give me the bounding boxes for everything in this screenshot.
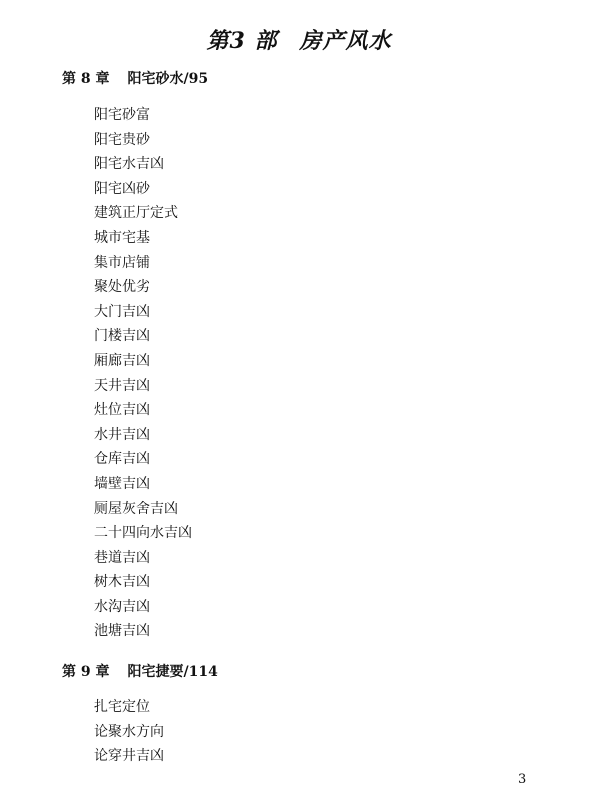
toc-item: 阳宅凶砂 bbox=[94, 177, 192, 202]
part-name: 房产风水 bbox=[299, 28, 391, 54]
toc-item: 天井吉凶 bbox=[94, 374, 192, 399]
chapter-number: 第 8 章 bbox=[62, 71, 110, 87]
chapter-number: 第 9 章 bbox=[62, 664, 110, 680]
toc-item: 水井吉凶 bbox=[94, 423, 192, 448]
toc-item: 巷道吉凶 bbox=[94, 546, 192, 571]
toc-item: 灶位吉凶 bbox=[94, 398, 192, 423]
chapter-8-item-list: 阳宅砂富 阳宅贵砂 阳宅水吉凶 阳宅凶砂 建筑正厅定式 城市宅基 集市店铺 聚处… bbox=[94, 103, 192, 644]
toc-item: 水沟吉凶 bbox=[94, 595, 192, 620]
toc-item: 建筑正厅定式 bbox=[94, 201, 192, 226]
toc-item: 仓库吉凶 bbox=[94, 447, 192, 472]
toc-item: 墙壁吉凶 bbox=[94, 472, 192, 497]
toc-item: 树木吉凶 bbox=[94, 570, 192, 595]
toc-item: 大门吉凶 bbox=[94, 300, 192, 325]
toc-item: 阳宅贵砂 bbox=[94, 128, 192, 153]
chapter-title: 阳宅砂水/95 bbox=[128, 71, 209, 87]
toc-item: 论穿井吉凶 bbox=[94, 744, 164, 769]
toc-item: 阳宅砂富 bbox=[94, 103, 192, 128]
toc-item: 城市宅基 bbox=[94, 226, 192, 251]
toc-item: 集市店铺 bbox=[94, 251, 192, 276]
toc-item: 二十四向水吉凶 bbox=[94, 521, 192, 546]
toc-item: 聚处优劣 bbox=[94, 275, 192, 300]
toc-item: 厕屋灰舍吉凶 bbox=[94, 497, 192, 522]
toc-item: 池塘吉凶 bbox=[94, 619, 192, 644]
chapter-9-item-list: 扎宅定位 论聚水方向 论穿井吉凶 bbox=[94, 695, 164, 769]
toc-item: 门楼吉凶 bbox=[94, 324, 192, 349]
toc-item: 扎宅定位 bbox=[94, 695, 164, 720]
chapter-heading: 第 8 章阳宅砂水/95 bbox=[62, 68, 208, 88]
part-number: 第3 部 bbox=[207, 28, 278, 54]
chapter-title: 阳宅捷要/114 bbox=[128, 664, 218, 680]
toc-item: 厢廊吉凶 bbox=[94, 349, 192, 374]
toc-item: 阳宅水吉凶 bbox=[94, 152, 192, 177]
part-title: 第3 部房产风水 bbox=[0, 24, 598, 55]
toc-item: 论聚水方向 bbox=[94, 720, 164, 745]
page-number: 3 bbox=[518, 772, 526, 787]
chapter-heading: 第 9 章阳宅捷要/114 bbox=[62, 661, 218, 681]
